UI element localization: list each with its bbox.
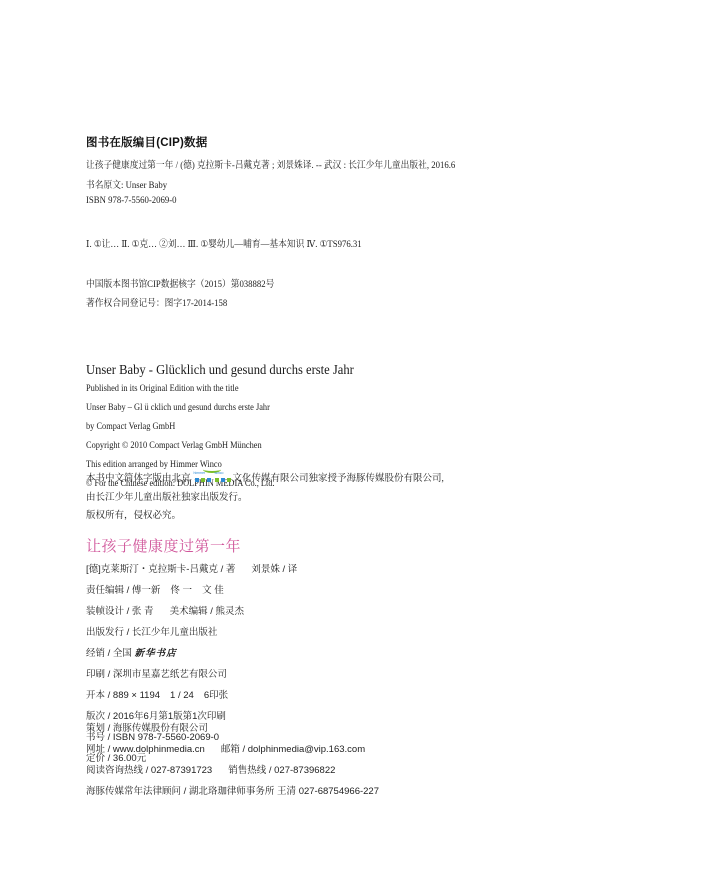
translator: 刘景姝 / 译 [251,564,297,575]
license-statement: 本书中文简体字版由北京himmerwinco文化传媒有限公司独家授予海豚传媒股份… [86,470,444,484]
format-size: 开本 / 889 × 1194 [86,690,160,701]
credit-design: 装帧设计 / 张 青美术编辑 / 熊灵杰 [86,603,244,617]
original-edition-line: Unser Baby – Gl ü cklich und gesund durc… [86,403,270,413]
format-sheets: 6印张 [204,690,228,701]
editor-1: 责任编辑 / 傅一新 [86,585,160,596]
contact-planner: 策划 / 海豚传媒股份有限公司 [86,720,208,734]
rights-statement: 版权所有，侵权必究。 [86,507,181,521]
license-post: 文化传媒有限公司独家授予海豚传媒股份有限公司, [233,474,444,484]
book-title-chinese: 让孩子健康度过第一年 [86,535,241,556]
credit-distributor: 经销 / 全国 新华书店 [86,645,177,659]
original-edition-line: by Compact Verlag GmbH [86,422,175,432]
distribution-statement: 由长江少年儿童出版社独家出版发行。 [86,489,248,503]
original-title: Unser Baby - Glücklich und gesund durchs… [86,362,354,378]
credit-publisher: 出版发行 / 长江少年儿童出版社 [86,624,217,638]
license-pre: 本书中文简体字版由北京 [86,474,191,484]
art-editor: 美术编辑 / 熊灵杰 [170,606,244,617]
original-edition-line: Published in its Original Edition with t… [86,384,239,394]
original-edition-line: This edition arranged by Himmer Winco [86,460,222,470]
contact-web-email: 网址 / www.dolphinmedia.cn邮箱 / dolphinmedi… [86,741,365,755]
email[interactable]: 邮箱 / dolphinmedia@vip.163.com [221,744,365,755]
sales-hotline: 销售热线 / 027-87396822 [228,765,335,776]
reading-hotline: 阅读咨询热线 / 027-87391723 [86,765,212,776]
editor-2: 佟 一 [170,585,192,596]
copyright-registration: 著作权合同登记号：图字17-2014-158 [86,295,227,309]
format-fold: 1 / 24 [170,690,194,701]
cip-classification: Ⅰ. ①让… Ⅱ. ①克… ②刘… Ⅲ. ①婴幼儿—哺育—基本知识 Ⅳ. ①TS… [86,236,362,250]
website[interactable]: 网址 / www.dolphinmedia.cn [86,744,205,755]
editor-3: 文 佳 [202,585,224,596]
author: [德]克莱斯汀・克拉斯卡-吕戴克 / 著 [86,564,235,575]
cip-line-isbn: ISBN 978-7-5560-2069-0 [86,196,177,206]
cip-line-title: 让孩子健康度过第一年 / (德) 克拉斯卡-吕戴克著 ; 刘景姝译. -- 武汉… [86,157,455,171]
contact-legal-counsel: 海豚传媒常年法律顾问 / 湖北珞珈律师事务所 王清 027-68754966-2… [86,783,379,797]
credit-printer: 印刷 / 深圳市星嘉艺纸艺有限公司 [86,666,227,680]
cip-record-number: 中国版本图书馆CIP数据核字（2015）第038882号 [86,276,274,290]
contact-hotlines: 阅读咨询热线 / 027-87391723销售热线 / 027-87396822 [86,762,335,776]
xinhua-bookstore-logo: 新华书店 [135,648,177,659]
credit-editors: 责任编辑 / 傅一新佟 一文 佳 [86,582,224,596]
credit-format: 开本 / 889 × 11941 / 246印张 [86,687,228,701]
credit-author-translator: [德]克莱斯汀・克拉斯卡-吕戴克 / 著刘景姝 / 译 [86,561,297,575]
himmer-winco-logo-icon: himmerwinco [193,470,231,482]
cip-heading: 图书在版编目(CIP)数据 [86,134,207,150]
original-edition-line: Copyright © 2010 Compact Verlag GmbH Mün… [86,441,262,451]
cip-line-original-title: 书名原文: Unser Baby [86,177,167,191]
distributor-label: 经销 / 全国 [86,648,135,659]
cover-design: 装帧设计 / 张 青 [86,606,154,617]
